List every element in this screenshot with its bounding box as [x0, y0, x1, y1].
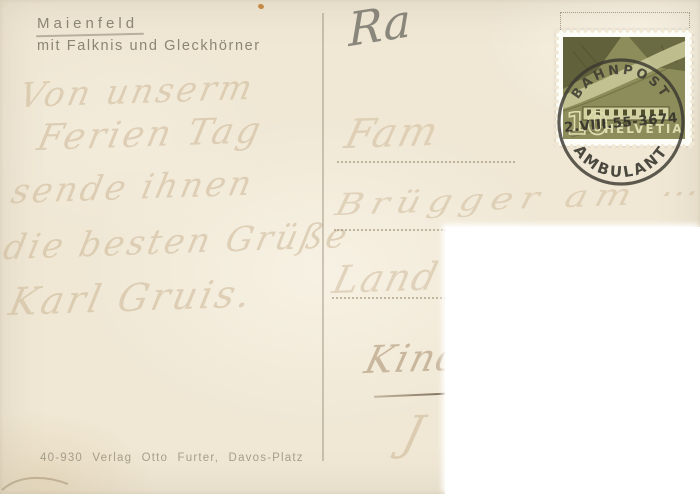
address-rule-1 [337, 161, 515, 163]
title-underline [36, 33, 144, 37]
address-line-5: J [397, 405, 431, 460]
pencil-swirl [0, 470, 72, 494]
svg-text:BAHNPOST: BAHNPOST [569, 63, 673, 102]
message-line-5: Karl Gruis. [5, 271, 257, 324]
pencil-note: Ra [348, 0, 411, 57]
message-line-2: Ferien Tag [34, 110, 267, 159]
postmark-route-text: BAHNPOST [569, 63, 673, 102]
postmark-date: 2.VIII.55-3674 [563, 110, 678, 136]
svg-text:AMBULANT: AMBULANT [570, 142, 672, 182]
privacy-mask [445, 227, 700, 494]
postcard-back: Maienfeld mit Falknis und Gleckhörner Ra… [0, 0, 700, 494]
postmark-service-text: AMBULANT [570, 142, 672, 182]
postcard-subtitle: mit Falknis und Gleckhörner [37, 38, 261, 54]
postcard-title: Maienfeld [37, 15, 138, 32]
address-line-1: Fam [340, 109, 444, 159]
address-divider-line [322, 13, 324, 461]
address-rule-2 [334, 229, 446, 231]
message-line-4: die besten Grüße [0, 216, 354, 268]
publisher-imprint: 40-930 Verlag Otto Furter, Davos-Platz [40, 452, 304, 464]
postmark: BAHNPOST AMBULANT 2.VIII.55-3674 [548, 49, 694, 195]
stamp-perforation-top [554, 27, 694, 34]
paper-blemish [257, 3, 264, 10]
address-underline [374, 392, 456, 398]
message-line-3: sende ihnen [8, 163, 258, 212]
message-line-1: Von unserm [16, 68, 259, 117]
